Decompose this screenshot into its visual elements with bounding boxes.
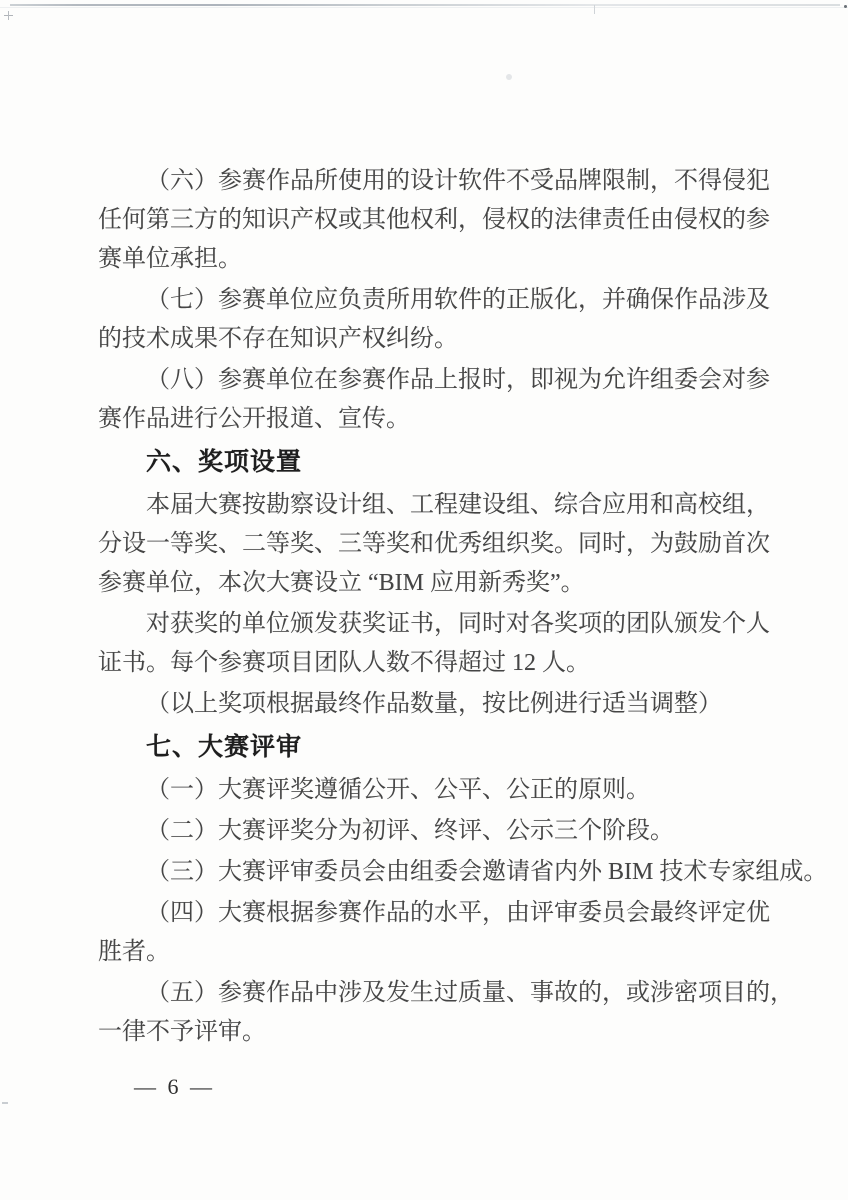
clause-6-paragraph: （六）参赛作品所使用的设计软件不受品牌限制，不得侵犯 任何第三方的知识产权或其他… (98, 162, 770, 279)
doc-line: （七）参赛单位应负责所用软件的正版化，并确保作品涉及 (98, 281, 770, 320)
scanned-document-page: （六）参赛作品所使用的设计软件不受品牌限制，不得侵犯 任何第三方的知识产权或其他… (0, 0, 848, 1200)
doc-line: 胜者。 (98, 933, 770, 972)
section-heading-text: 六、奖项设置 (98, 443, 770, 482)
certificates-paragraph: 对获奖的单位颁发获奖证书，同时对各奖项的团队颁发个人 证书。每个参赛项目团队人数… (98, 605, 770, 683)
scan-artifact-faint-dot (506, 74, 512, 80)
doc-line: （一）大赛评奖遵循公开、公平、公正的原则。 (98, 771, 770, 810)
doc-line: （四）大赛根据参赛作品的水平，由评审委员会最终评定优 (98, 894, 770, 933)
doc-line: 分设一等奖、二等奖、三等奖和优秀组织奖。同时，为鼓励首次 (98, 525, 770, 564)
doc-line: 任何第三方的知识产权或其他权利，侵权的法律责任由侵权的参 (98, 201, 770, 240)
doc-line: （二）大赛评奖分为初评、终评、公示三个阶段。 (98, 812, 770, 851)
section-heading-competition-review: 七、大赛评审 (98, 728, 770, 767)
scan-artifact-bottom-left-mark (2, 1102, 8, 1104)
doc-line: （六）参赛作品所使用的设计软件不受品牌限制，不得侵犯 (98, 162, 770, 201)
doc-line: 证书。每个参赛项目团队人数不得超过 12 人。 (98, 644, 770, 683)
doc-line: 赛单位承担。 (98, 240, 770, 279)
scan-artifact-right-speck (844, 5, 847, 8)
review-clause-1-paragraph: （一）大赛评奖遵循公开、公平、公正的原则。 (98, 771, 770, 810)
review-clause-2-paragraph: （二）大赛评奖分为初评、终评、公示三个阶段。 (98, 812, 770, 851)
doc-line: 一律不予评审。 (98, 1013, 770, 1052)
scan-artifact-top-edge-faint-line (0, 7, 848, 8)
doc-line: 本届大赛按勘察设计组、工程建设组、综合应用和高校组， (98, 486, 770, 525)
scan-artifact-top-edge-line (10, 4, 840, 6)
section-heading-text: 七、大赛评审 (98, 728, 770, 767)
scan-artifact-corner-mark-vertical (8, 11, 9, 20)
doc-line: 赛作品进行公开报道、宣传。 (98, 400, 770, 439)
page-number: — 6 — (134, 1072, 215, 1102)
doc-line: 参赛单位，本次大赛设立 “BIM 应用新秀奖”。 (98, 564, 770, 603)
clause-8-paragraph: （八）参赛单位在参赛作品上报时，即视为允许组委会对参 赛作品进行公开报道、宣传。 (98, 361, 770, 439)
doc-line: （八）参赛单位在参赛作品上报时，即视为允许组委会对参 (98, 361, 770, 400)
review-clause-4-paragraph: （四）大赛根据参赛作品的水平，由评审委员会最终评定优 胜者。 (98, 894, 770, 972)
doc-line: （以上奖项根据最终作品数量，按比例进行适当调整） (98, 685, 770, 724)
review-clause-5-paragraph: （五）参赛作品中涉及发生过质量、事故的，或涉密项目的， 一律不予评审。 (98, 974, 770, 1052)
clause-7-paragraph: （七）参赛单位应负责所用软件的正版化，并确保作品涉及 的技术成果不存在知识产权纠… (98, 281, 770, 359)
section-heading-awards-setup: 六、奖项设置 (98, 443, 770, 482)
doc-line: 的技术成果不存在知识产权纠纷。 (98, 320, 770, 359)
doc-line: 对获奖的单位颁发获奖证书，同时对各奖项的团队颁发个人 (98, 605, 770, 644)
doc-line: （三）大赛评审委员会由组委会邀请省内外 BIM 技术专家组成。 (98, 853, 770, 892)
doc-line: （五）参赛作品中涉及发生过质量、事故的，或涉密项目的， (98, 974, 770, 1013)
awards-adjustment-note-paragraph: （以上奖项根据最终作品数量，按比例进行适当调整） (98, 685, 770, 724)
document-body: （六）参赛作品所使用的设计软件不受品牌限制，不得侵犯 任何第三方的知识产权或其他… (98, 162, 770, 1052)
review-clause-3-paragraph: （三）大赛评审委员会由组委会邀请省内外 BIM 技术专家组成。 (98, 853, 770, 892)
awards-groups-paragraph: 本届大赛按勘察设计组、工程建设组、综合应用和高校组， 分设一等奖、二等奖、三等奖… (98, 486, 770, 603)
scan-artifact-top-tick (594, 5, 595, 14)
scan-artifact-corner-mark-horizontal (4, 15, 13, 16)
